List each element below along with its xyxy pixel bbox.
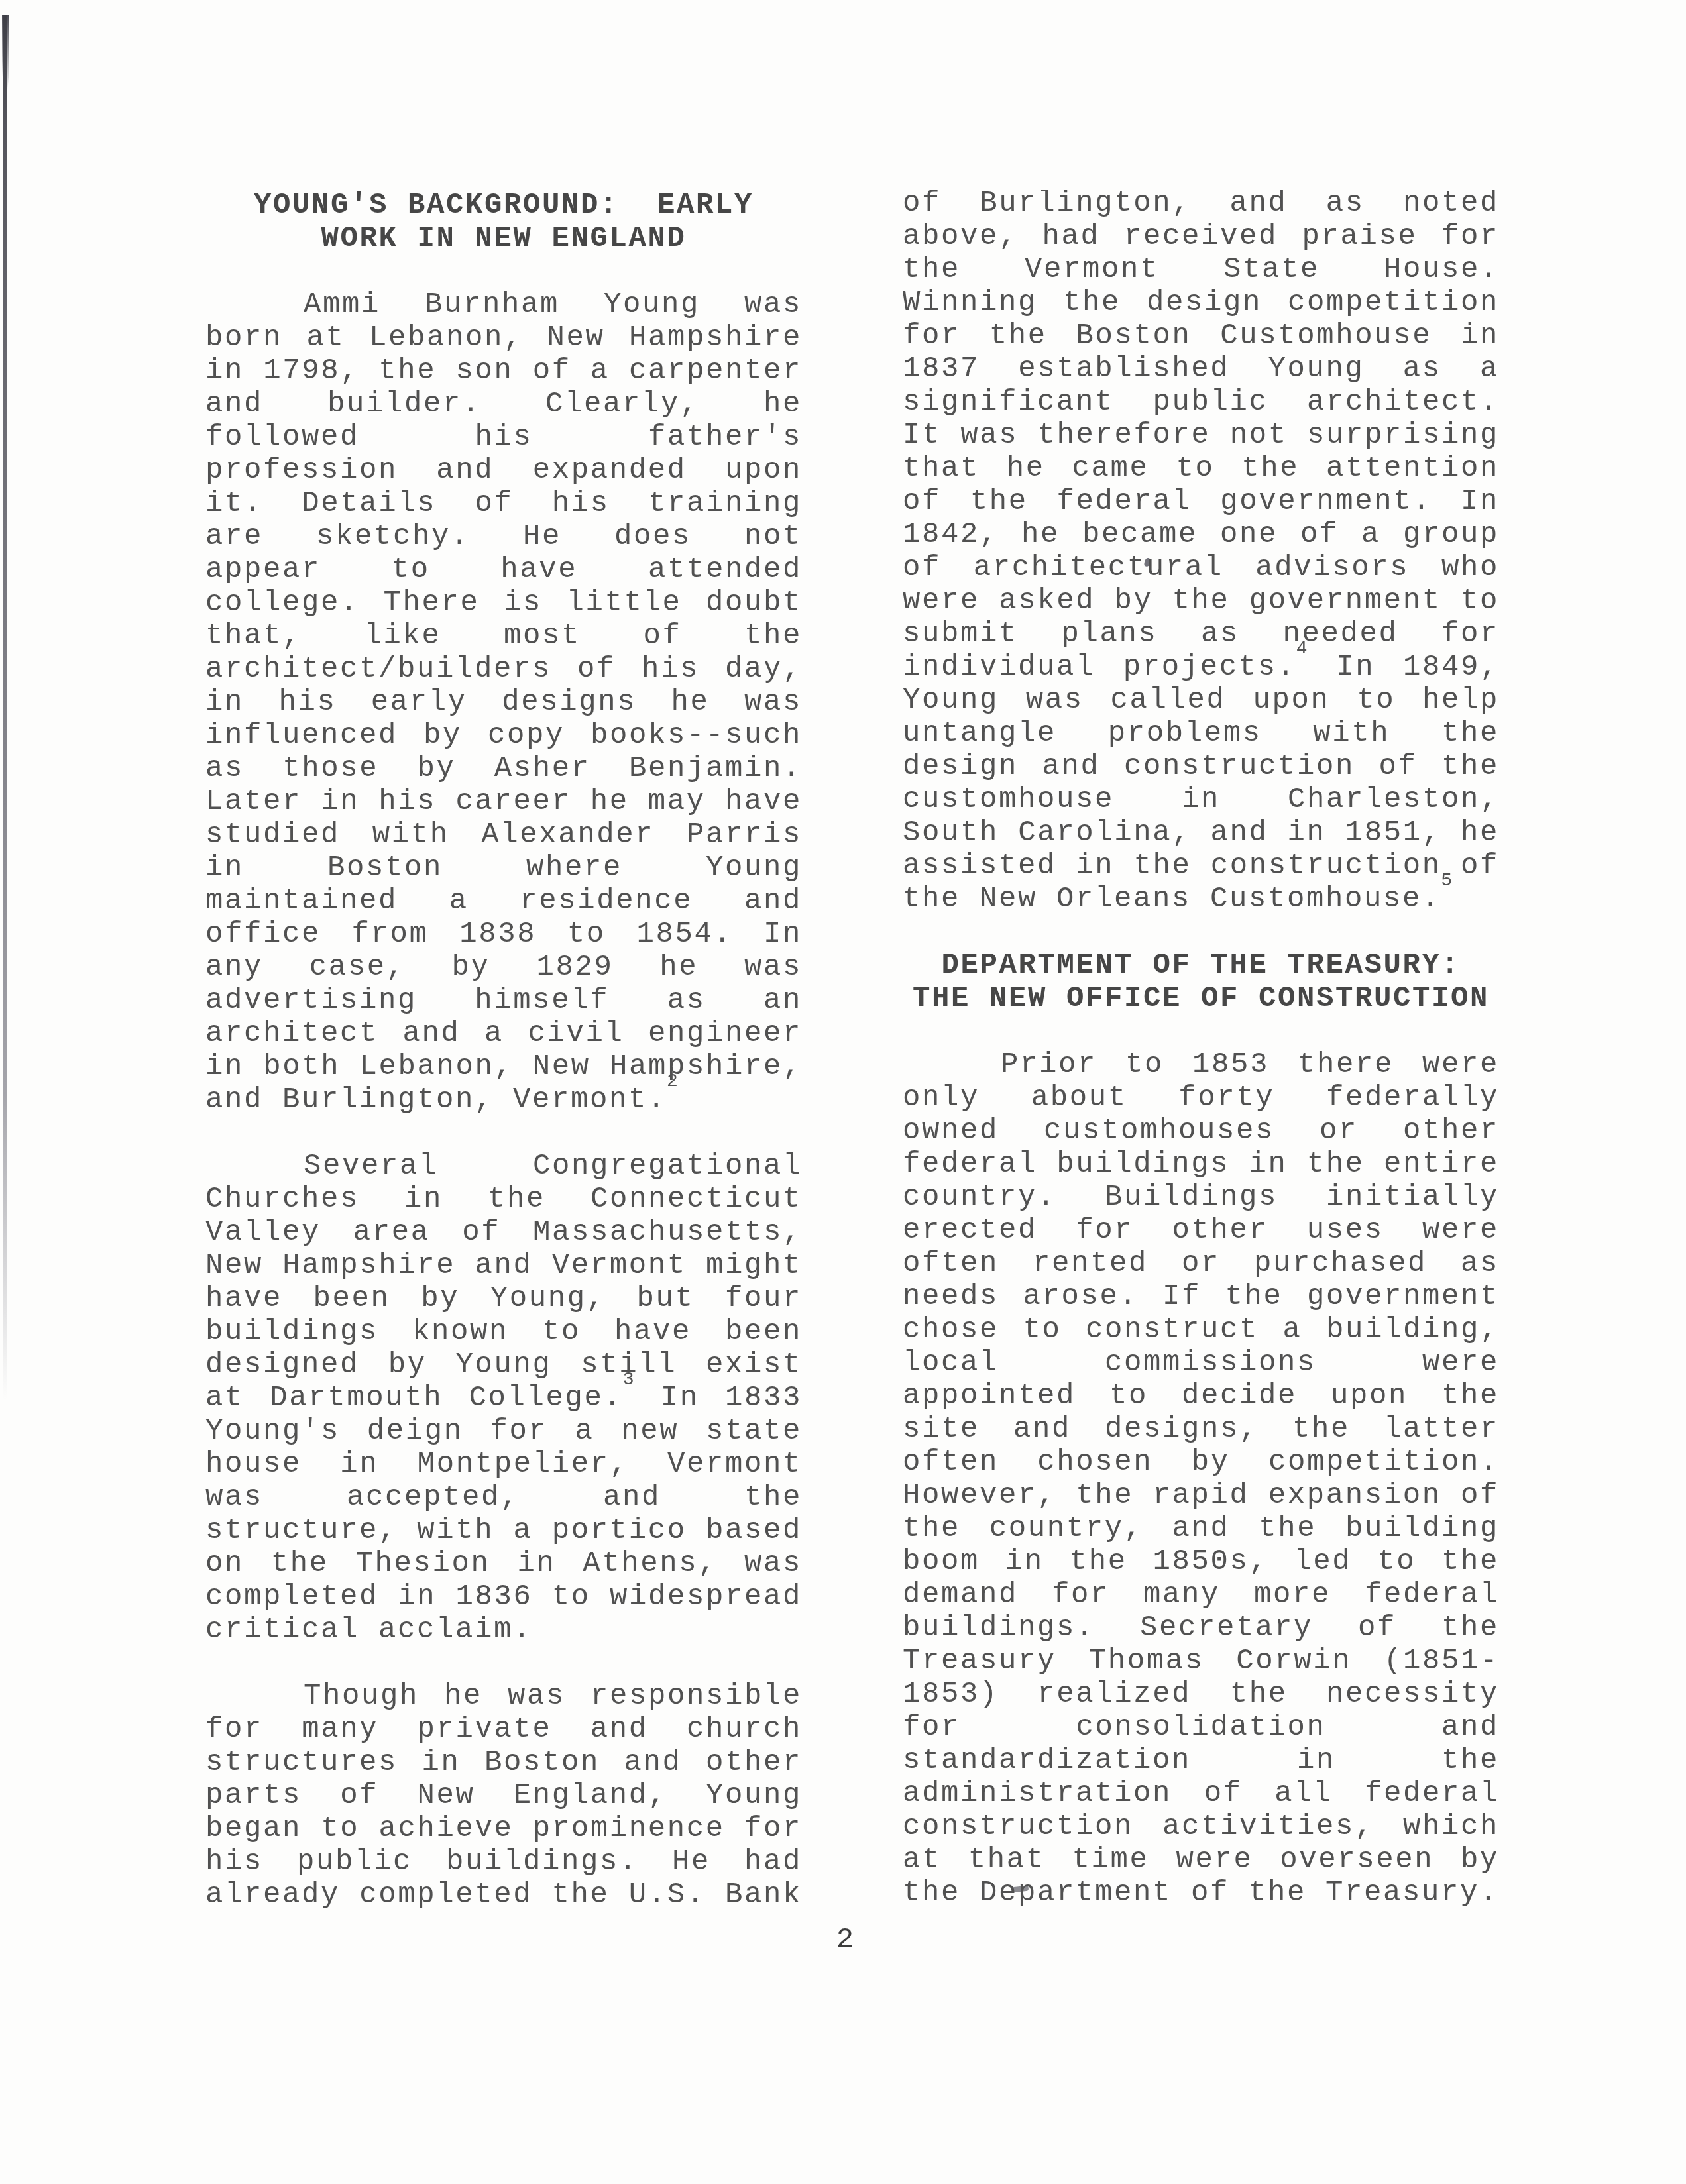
text-line: country. Buildings initially	[903, 1181, 1499, 1214]
text-line: designed by Young still exist	[205, 1348, 802, 1382]
text-line: Young's deign for a new state	[205, 1415, 802, 1448]
text-line: the New Orleans Customhouse.5	[903, 883, 1499, 916]
text-line: site and designs, the latter	[903, 1413, 1499, 1446]
text-line: 1842, he became one of a group	[903, 518, 1499, 551]
section-heading: DEPARTMENT OF THE TREASURY:THE NEW OFFIC…	[903, 949, 1499, 1015]
text-line: individual projects.4 In 1849,	[903, 651, 1499, 684]
text-line: Several Congregational	[205, 1150, 802, 1183]
text-line: submit plans as needed for	[903, 618, 1499, 651]
text-line: Though he was responsible	[205, 1680, 802, 1713]
paragraph: Several CongregationalChurches in the Co…	[205, 1150, 802, 1647]
text-line: have been by Young, but four	[205, 1282, 802, 1315]
text-line: the Department of the Treasury.	[903, 1877, 1499, 1910]
text-line: boom in the 1850s, led to the	[903, 1545, 1499, 1578]
document-page: YOUNG'S BACKGROUND: EARLYWORK IN NEW ENG…	[0, 0, 1686, 2184]
text-line: of Burlington, and as noted	[903, 187, 1499, 220]
text-line: often chosen by competition.	[903, 1446, 1499, 1479]
text-line: YOUNG'S BACKGROUND: EARLY	[205, 189, 802, 222]
text-line: Later in his career he may have	[205, 785, 802, 818]
text-line: Churches in the Connecticut	[205, 1183, 802, 1216]
text-line: are sketchy. He does not	[205, 520, 802, 553]
text-line: that he came to the attention	[903, 452, 1499, 485]
text-line: assisted in the construction of	[903, 849, 1499, 883]
text-line: 1837 established Young as a	[903, 353, 1499, 386]
text-line: New Hampshire and Vermont might	[205, 1249, 802, 1282]
text-line: structures in Boston and other	[205, 1746, 802, 1779]
scan-edge-line-artifact	[3, 15, 7, 1399]
text-line: often rented or purchased as	[903, 1247, 1499, 1280]
text-line: only about forty federally	[903, 1081, 1499, 1115]
text-line: for many private and church	[205, 1713, 802, 1746]
text-line: for consolidation and	[903, 1711, 1499, 1744]
text-line: were asked by the government to	[903, 584, 1499, 618]
text-line: in 1798, the son of a carpenter	[205, 355, 802, 388]
text-line: in his early designs he was	[205, 686, 802, 719]
text-line: erected for other uses were	[903, 1214, 1499, 1247]
footnote-reference: 2	[667, 1071, 679, 1092]
text-line: Ammi Burnham Young was	[205, 288, 802, 321]
text-line: began to achieve prominence for	[205, 1812, 802, 1845]
text-line: maintained a residence and	[205, 885, 802, 918]
text-line: Treasury Thomas Corwin (1851-	[903, 1645, 1499, 1678]
text-line: Young was called upon to help	[903, 684, 1499, 717]
text-line: Prior to 1853 there were	[903, 1048, 1499, 1081]
text-line: parts of New England, Young	[205, 1779, 802, 1812]
paragraph: of Burlington, and as notedabove, had re…	[903, 187, 1499, 916]
text-line: and Burlington, Vermont.2	[205, 1083, 802, 1117]
text-line: his public buildings. He had	[205, 1845, 802, 1879]
text-line: it. Details of his training	[205, 487, 802, 520]
text-line: 1853) realized the necessity	[903, 1678, 1499, 1711]
text-line: untangle problems with the	[903, 717, 1499, 750]
left-column: YOUNG'S BACKGROUND: EARLYWORK IN NEW ENG…	[205, 189, 802, 1912]
text-line: design and construction of the	[903, 750, 1499, 783]
text-line: studied with Alexander Parris	[205, 818, 802, 851]
text-line: on the Thesion in Athens, was	[205, 1547, 802, 1580]
text-line: the Vermont State House.	[903, 253, 1499, 286]
text-line: federal buildings in the entire	[903, 1148, 1499, 1181]
paragraph: Ammi Burnham Young wasborn at Lebanon, N…	[205, 288, 802, 1117]
text-line: office from 1838 to 1854. In	[205, 918, 802, 951]
text-line: college. There is little doubt	[205, 586, 802, 620]
text-line: standardization in the	[903, 1744, 1499, 1777]
text-line: local commissions were	[903, 1346, 1499, 1380]
text-line: of the federal government. In	[903, 485, 1499, 518]
text-line: Winning the design competition	[903, 286, 1499, 319]
paragraph: Prior to 1853 there wereonly about forty…	[903, 1048, 1499, 1910]
page-number: 2	[825, 1924, 865, 1957]
text-line: appointed to decide upon the	[903, 1380, 1499, 1413]
text-line: that, like most of the	[205, 620, 802, 653]
text-line: in both Lebanon, New Hampshire,	[205, 1050, 802, 1083]
text-line: the country, and the building	[903, 1512, 1499, 1545]
text-line: in Boston where Young	[205, 851, 802, 885]
text-line: advertising himself as an	[205, 984, 802, 1017]
text-line: customhouse in Charleston,	[903, 783, 1499, 816]
text-line: chose to construct a building,	[903, 1313, 1499, 1346]
text-line: completed in 1836 to widespread	[205, 1580, 802, 1613]
text-line: already completed the U.S. Bank	[205, 1879, 802, 1912]
text-line: structure, with a portico based	[205, 1514, 802, 1547]
text-line: Valley area of Massachusetts,	[205, 1216, 802, 1249]
text-line: needs arose. If the government	[903, 1280, 1499, 1313]
text-line: any case, by 1829 he was	[205, 951, 802, 984]
text-line: of architectural advisors who	[903, 551, 1499, 584]
text-line: above, had received praise for	[903, 220, 1499, 253]
text-line: buildings. Secretary of the	[903, 1611, 1499, 1645]
text-line: as those by Asher Benjamin.	[205, 752, 802, 785]
text-line: THE NEW OFFICE OF CONSTRUCTION	[903, 982, 1499, 1015]
text-line: at that time were overseen by	[903, 1843, 1499, 1877]
text-line: South Carolina, and in 1851, he	[903, 816, 1499, 849]
text-line: architect/builders of his day,	[205, 653, 802, 686]
text-line: DEPARTMENT OF THE TREASURY:	[903, 949, 1499, 982]
text-line: and builder. Clearly, he	[205, 388, 802, 421]
paragraph: Though he was responsiblefor many privat…	[205, 1680, 802, 1912]
text-line: followed his father's	[205, 421, 802, 454]
text-line: at Dartmouth College.3 In 1833	[205, 1382, 802, 1415]
text-line: buildings known to have been	[205, 1315, 802, 1348]
footnote-reference: 4	[1296, 639, 1308, 659]
right-column: of Burlington, and as notedabove, had re…	[903, 187, 1499, 1910]
text-line: It was therefore not surprising	[903, 419, 1499, 452]
text-line: profession and expanded upon	[205, 454, 802, 487]
section-heading: YOUNG'S BACKGROUND: EARLYWORK IN NEW ENG…	[205, 189, 802, 255]
text-line: house in Montpelier, Vermont	[205, 1448, 802, 1481]
text-line: construction activities, which	[903, 1810, 1499, 1843]
text-line: owned customhouses or other	[903, 1115, 1499, 1148]
text-line: significant public architect.	[903, 386, 1499, 419]
footnote-reference: 3	[623, 1370, 635, 1390]
text-line: born at Lebanon, New Hampshire	[205, 321, 802, 355]
text-line: appear to have attended	[205, 553, 802, 586]
text-line: However, the rapid expansion of	[903, 1479, 1499, 1512]
text-line: was accepted, and the	[205, 1481, 802, 1514]
text-line: critical acclaim.	[205, 1613, 802, 1647]
text-line: influenced by copy books--such	[205, 719, 802, 752]
text-line: architect and a civil engineer	[205, 1017, 802, 1050]
footnote-reference: 5	[1441, 871, 1453, 891]
text-line: demand for many more federal	[903, 1578, 1499, 1611]
text-line: administration of all federal	[903, 1777, 1499, 1810]
text-line: for the Boston Customhouse in	[903, 319, 1499, 353]
text-line: WORK IN NEW ENGLAND	[205, 222, 802, 255]
